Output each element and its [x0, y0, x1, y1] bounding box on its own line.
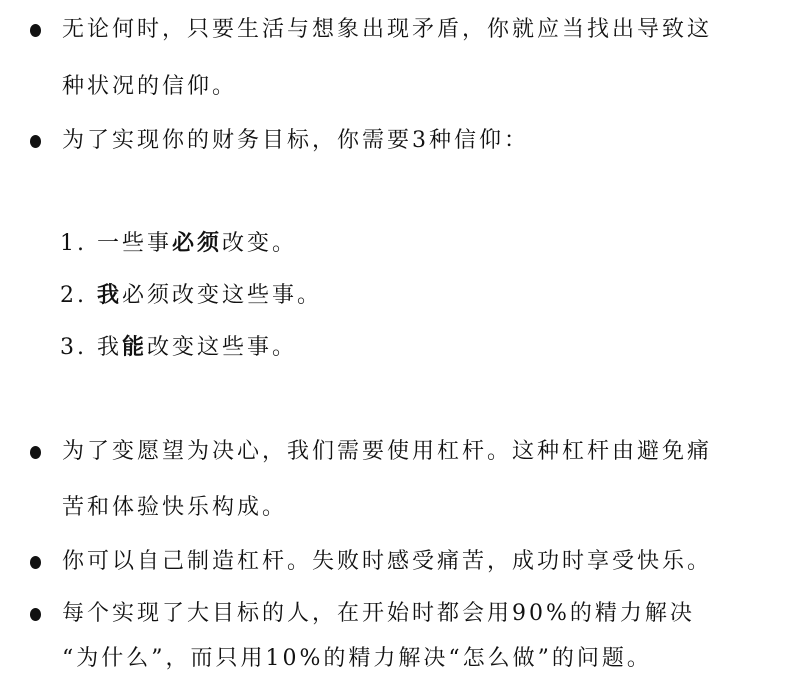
belief-item: 1. 一些事必须改变。: [60, 229, 297, 259]
bullet-text: 种状况的信仰。: [62, 72, 237, 102]
bullet-text: 苦和体验快乐构成。: [62, 493, 287, 523]
bullet-dot: [30, 135, 41, 148]
bullet-text: 为了实现你的财务目标，你需要3种信仰：: [62, 126, 529, 156]
belief-item: 3. 我能改变这些事。: [60, 333, 297, 363]
belief-item: 2. 我必须改变这些事。: [60, 281, 322, 311]
bullet-text: 为了变愿望为决心，我们需要使用杠杆。这种杠杆由避免痛: [62, 437, 712, 467]
bullet-dot: [30, 24, 41, 37]
bullet-dot: [30, 608, 41, 621]
bullet-dot: [30, 556, 41, 569]
bullet-text: “为什么”，而只用10%的精力解决“怎么做”的问题。: [62, 644, 652, 674]
bullet-dot: [30, 446, 41, 459]
bullet-text: 无论何时，只要生活与想象出现矛盾，你就应当找出导致这: [62, 15, 712, 45]
bullet-text: 每个实现了大目标的人，在开始时都会用90%的精力解决: [62, 599, 695, 629]
bullet-text: 你可以自己制造杠杆。失败时感受痛苦，成功时享受快乐。: [62, 547, 712, 577]
